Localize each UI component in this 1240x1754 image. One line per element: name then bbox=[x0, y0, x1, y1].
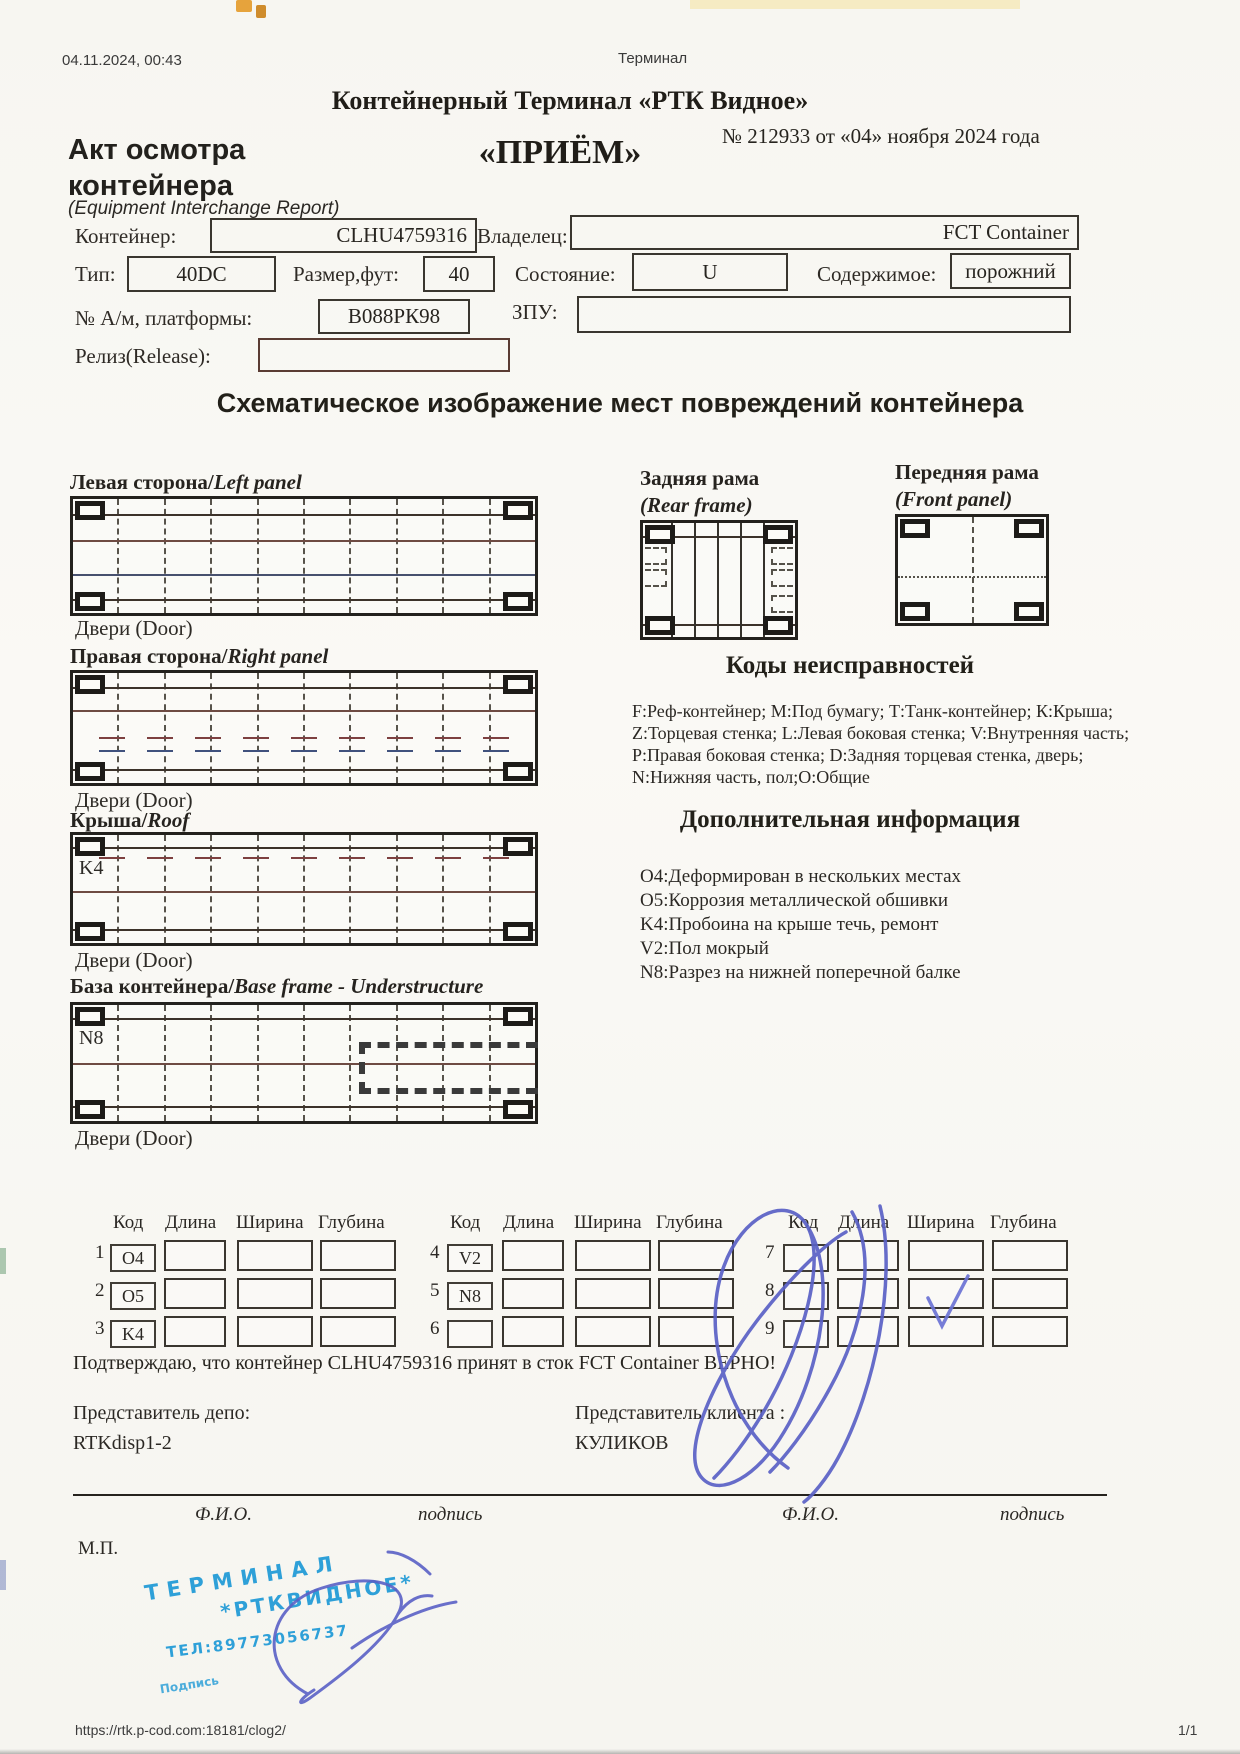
footer-page-number: 1/1 bbox=[1178, 1722, 1197, 1738]
base-damage-mark: N8 bbox=[79, 1027, 103, 1050]
additional-info-item: V2:Пол мокрый bbox=[640, 938, 769, 960]
code-value: O4 bbox=[122, 1248, 144, 1269]
mp-label: М.П. bbox=[78, 1538, 118, 1560]
right-panel-label: Правая сторона/Right panel bbox=[70, 644, 328, 669]
width-box bbox=[575, 1278, 651, 1309]
additional-info-item: N8:Разрез на нижней поперечной балке bbox=[640, 962, 961, 984]
col-header-width: Ширина bbox=[907, 1212, 975, 1234]
depth-box bbox=[658, 1278, 734, 1309]
row-num: 8 bbox=[765, 1280, 775, 1302]
fault-codes-line: P:Правая боковая стенка; D:Задняя торцев… bbox=[632, 744, 1083, 766]
code-box: V2 bbox=[447, 1244, 493, 1272]
width-box bbox=[908, 1316, 984, 1347]
platform-label: № А/м, платформы: bbox=[75, 306, 252, 331]
base-frame-label-ru: База контейнера/ bbox=[70, 974, 234, 998]
owner-value: FCT Container bbox=[943, 220, 1069, 245]
row-num: 3 bbox=[95, 1318, 105, 1340]
col-header-length: Длина bbox=[838, 1212, 889, 1234]
code-box: K4 bbox=[110, 1320, 156, 1348]
owner-field: FCT Container bbox=[570, 215, 1079, 250]
base-frame-diagram: N8 bbox=[70, 1002, 538, 1124]
confirmation-text: Подтверждаю, что контейнер CLHU4759316 п… bbox=[73, 1352, 776, 1375]
row-num: 7 bbox=[765, 1242, 775, 1264]
base-frame-label-en: Base frame - Understructure bbox=[234, 974, 483, 998]
length-box bbox=[502, 1278, 564, 1309]
front-panel-diagram bbox=[895, 514, 1049, 626]
col-header-depth: Глубина bbox=[990, 1212, 1057, 1234]
contents-value: порожний bbox=[965, 259, 1055, 284]
seal-field bbox=[577, 296, 1071, 333]
code-box bbox=[783, 1282, 829, 1310]
additional-info-item: O4:Деформирован в нескольких местах bbox=[640, 866, 961, 888]
scan-artifact-edge-left-2 bbox=[0, 1560, 6, 1590]
terminal-stamp: ТЕРМИНАЛ *РТКВИДНОЕ* ТЕЛ:89773056737 Под… bbox=[143, 1532, 477, 1697]
schematic-title: Схематическое изображение мест поврежден… bbox=[120, 388, 1120, 419]
depth-box bbox=[658, 1240, 734, 1271]
rear-frame-label: Задняя рама (Rear frame) bbox=[640, 466, 759, 518]
code-box: O4 bbox=[110, 1244, 156, 1272]
col-header-depth: Глубина bbox=[656, 1212, 723, 1234]
type-label: Тип: bbox=[75, 262, 116, 287]
additional-info-title: Дополнительная информация bbox=[640, 806, 1060, 834]
base-damage-area bbox=[359, 1042, 538, 1093]
row-num: 1 bbox=[95, 1242, 105, 1264]
width-box bbox=[908, 1240, 984, 1271]
platform-field: В088РК98 bbox=[318, 299, 470, 334]
code-box: O5 bbox=[110, 1282, 156, 1310]
sign-label-client: подпись bbox=[1000, 1504, 1064, 1526]
depth-box bbox=[320, 1240, 396, 1271]
width-box bbox=[237, 1278, 313, 1309]
row-num: 9 bbox=[765, 1318, 775, 1340]
doc-subtitle: (Equipment Interchange Report) bbox=[68, 198, 339, 220]
roof-label-en: Roof bbox=[147, 808, 189, 832]
col-header-width: Ширина bbox=[236, 1212, 304, 1234]
container-value: CLHU4759316 bbox=[336, 223, 467, 248]
container-field: CLHU4759316 bbox=[210, 218, 477, 253]
left-panel-label: Левая сторона/Left panel bbox=[70, 470, 302, 495]
depot-rep-label: Представитель депо: bbox=[73, 1402, 250, 1425]
fault-codes-line: Z:Торцевая стенка; L:Левая боковая стенк… bbox=[632, 722, 1129, 744]
left-panel-label-en: Left panel bbox=[214, 470, 302, 494]
fault-codes-line: N:Нижняя часть, пол;О:Общие bbox=[632, 766, 870, 788]
scan-artifact-streak bbox=[690, 0, 1020, 9]
roof-grid bbox=[73, 835, 535, 943]
length-box bbox=[164, 1278, 226, 1309]
roof-damage-mark: K4 bbox=[79, 857, 103, 880]
base-frame-door-label: Двери (Door) bbox=[75, 1126, 193, 1151]
type-field: 40DC bbox=[127, 256, 276, 292]
seal-label: ЗПУ: bbox=[512, 300, 558, 325]
additional-info-item: O5:Коррозия металлической обшивки bbox=[640, 890, 948, 912]
depth-box bbox=[320, 1278, 396, 1309]
scanned-document-page: 04.11.2024, 00:43 Терминал Контейнерный … bbox=[0, 0, 1240, 1754]
length-box bbox=[502, 1240, 564, 1271]
rear-frame-label-ru: Задняя рама bbox=[640, 466, 759, 491]
right-panel-label-ru: Правая сторона/ bbox=[70, 644, 227, 668]
base-frame-label: База контейнера/Base frame - Understruct… bbox=[70, 974, 483, 999]
contents-field: порожний bbox=[950, 253, 1071, 289]
roof-diagram: K4 bbox=[70, 832, 538, 946]
left-panel-diagram bbox=[70, 496, 538, 616]
left-panel-grid bbox=[73, 499, 535, 613]
print-header: Терминал bbox=[618, 50, 687, 67]
right-panel-grid bbox=[73, 673, 535, 783]
rear-frame-diagram bbox=[640, 520, 798, 640]
client-rep-name: КУЛИКОВ bbox=[575, 1432, 668, 1455]
code-value: V2 bbox=[459, 1248, 481, 1269]
state-field: U bbox=[632, 253, 788, 291]
depth-box bbox=[658, 1316, 734, 1347]
roof-door-label: Двери (Door) bbox=[75, 948, 193, 973]
width-box bbox=[575, 1316, 651, 1347]
depth-box bbox=[992, 1240, 1068, 1271]
fio-label-client: Ф.И.О. bbox=[782, 1504, 839, 1526]
fault-codes-line: F:Реф-контейнер; М:Под бумагу; Т:Танк-ко… bbox=[632, 700, 1113, 722]
length-box bbox=[837, 1316, 899, 1347]
release-label: Релиз(Release): bbox=[75, 344, 211, 369]
terminal-title: Контейнерный Терминал «РТК Видное» bbox=[250, 86, 890, 116]
print-datetime: 04.11.2024, 00:43 bbox=[62, 52, 182, 69]
width-box bbox=[575, 1240, 651, 1271]
code-value: K4 bbox=[122, 1324, 144, 1345]
col-header-depth: Глубина bbox=[318, 1212, 385, 1234]
width-box bbox=[237, 1316, 313, 1347]
length-box bbox=[164, 1240, 226, 1271]
row-num: 5 bbox=[430, 1280, 440, 1302]
depot-rep-name: RTKdisp1-2 bbox=[73, 1432, 172, 1455]
scan-artifact-edge-left bbox=[0, 1248, 6, 1274]
scan-artifact-orange-2 bbox=[256, 5, 266, 18]
code-box: N8 bbox=[447, 1282, 493, 1310]
front-frame-label: Передняя рама (Front panel) bbox=[895, 460, 1039, 512]
contents-label: Содержимое: bbox=[817, 262, 936, 287]
code-box bbox=[783, 1244, 829, 1272]
roof-label-ru: Крыша/ bbox=[70, 808, 147, 832]
scan-artifact-orange bbox=[236, 0, 252, 12]
width-box bbox=[237, 1240, 313, 1271]
roof-label: Крыша/Roof bbox=[70, 808, 189, 833]
right-panel-diagram bbox=[70, 670, 538, 786]
size-label: Размер,фут: bbox=[293, 262, 399, 287]
code-value: O5 bbox=[122, 1286, 144, 1307]
front-panel-center-vline bbox=[972, 517, 974, 623]
depth-box bbox=[992, 1316, 1068, 1347]
sign-label-depot: подпись bbox=[418, 1504, 482, 1526]
scan-edge-bottom bbox=[0, 1749, 1240, 1754]
row-num: 6 bbox=[430, 1318, 440, 1340]
front-frame-label-ru: Передняя рама bbox=[895, 460, 1039, 485]
rear-frame-label-en: (Rear frame) bbox=[640, 493, 759, 518]
col-header-code: Код bbox=[450, 1212, 480, 1234]
platform-value: В088РК98 bbox=[348, 304, 440, 329]
code-box bbox=[447, 1320, 493, 1348]
owner-label: Владелец: bbox=[477, 224, 568, 249]
length-box bbox=[502, 1316, 564, 1347]
fio-label-depot: Ф.И.О. bbox=[195, 1504, 252, 1526]
rear-frame-door-bars bbox=[671, 523, 767, 637]
release-field bbox=[258, 338, 510, 372]
length-box bbox=[837, 1240, 899, 1271]
front-panel-center-hline bbox=[898, 576, 1046, 578]
additional-info-item: K4:Пробоина на крыше течь, ремонт bbox=[640, 914, 938, 936]
state-value: U bbox=[702, 260, 717, 285]
col-header-code: Код bbox=[113, 1212, 143, 1234]
row-num: 2 bbox=[95, 1280, 105, 1302]
depth-box bbox=[992, 1278, 1068, 1309]
fault-codes-title: Коды неисправностей bbox=[640, 652, 1060, 680]
left-panel-label-ru: Левая сторона/ bbox=[70, 470, 214, 494]
doc-title-line1: Акт осмотра bbox=[68, 132, 245, 168]
right-panel-label-en: Right panel bbox=[227, 644, 328, 668]
doc-number: № 212933 от «04» ноября 2024 года bbox=[722, 124, 1040, 149]
width-box bbox=[908, 1278, 984, 1309]
doc-title: Акт осмотра контейнера bbox=[68, 132, 245, 204]
code-box bbox=[783, 1320, 829, 1348]
col-header-code: Код bbox=[788, 1212, 818, 1234]
size-field: 40 bbox=[423, 256, 495, 292]
operation-title: «ПРИЁМ» bbox=[420, 134, 700, 172]
col-header-length: Длина bbox=[503, 1212, 554, 1234]
client-rep-label: Представитель клиента : bbox=[575, 1402, 785, 1425]
signature-line bbox=[73, 1494, 1107, 1496]
length-box bbox=[164, 1316, 226, 1347]
size-value: 40 bbox=[449, 262, 470, 287]
code-value: N8 bbox=[459, 1286, 481, 1307]
container-label: Контейнер: bbox=[75, 224, 176, 249]
length-box bbox=[837, 1278, 899, 1309]
col-header-width: Ширина bbox=[574, 1212, 642, 1234]
col-header-length: Длина bbox=[165, 1212, 216, 1234]
footer-url: https://rtk.p-cod.com:18181/clog2/ bbox=[75, 1722, 286, 1738]
front-frame-label-en: (Front panel) bbox=[895, 487, 1039, 512]
left-panel-door-label: Двери (Door) bbox=[75, 616, 193, 641]
state-label: Состояние: bbox=[515, 262, 616, 287]
depth-box bbox=[320, 1316, 396, 1347]
row-num: 4 bbox=[430, 1242, 440, 1264]
type-value: 40DC bbox=[176, 262, 226, 287]
